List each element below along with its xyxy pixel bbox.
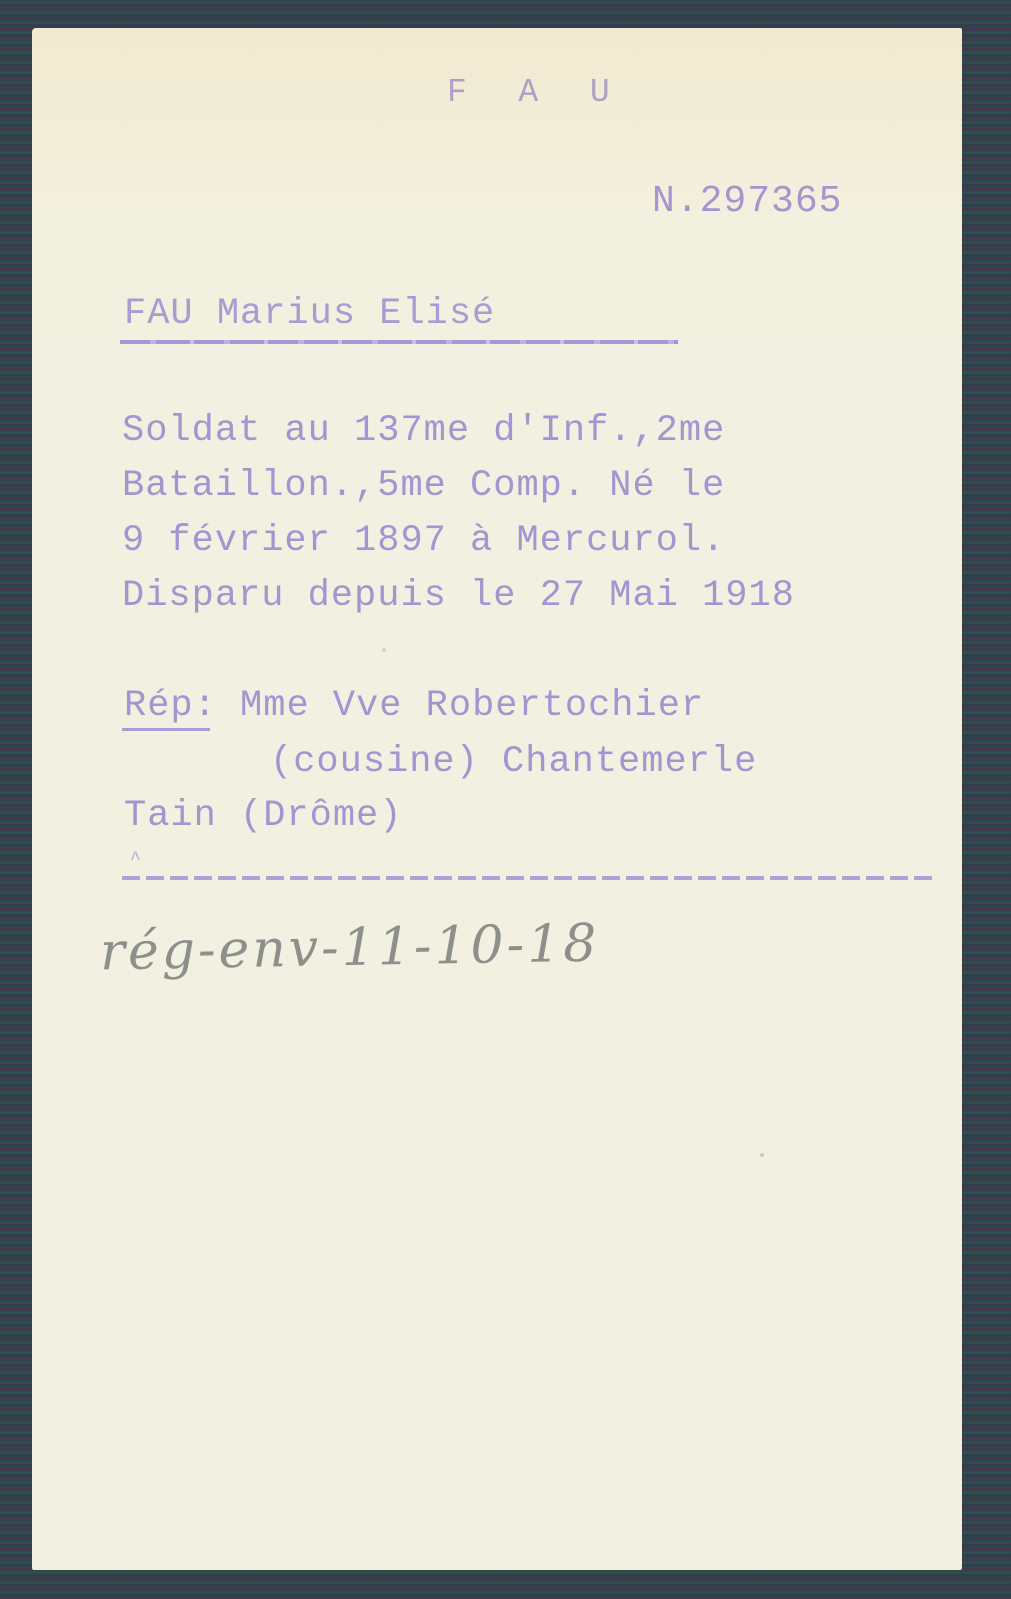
handwritten-note: rég-env-11-10-18 [100,914,600,983]
reply-line: (cousine) Chantemerle [270,744,757,781]
paper-speck [760,1153,764,1157]
detail-line: Soldat au 137me d'Inf.,2me [122,413,725,450]
caret-mark-icon: ^ [130,850,141,870]
card-heading: F A U [447,76,614,109]
reply-line: Rép: Mme Vve Robertochier [124,688,704,725]
detail-line: Bataillon.,5me Comp. Né le [122,468,725,505]
dashed-rule [122,876,937,880]
soldier-name: FAU Marius Elisé [124,296,495,333]
detail-line: 9 février 1897 à Mercurol. [122,523,725,560]
index-card: F A U N.297365 FAU Marius Elisé Soldat a… [32,28,962,1570]
reply-label-underline [122,728,210,731]
paper-speck [382,648,386,652]
reply-line: Tain (Drôme) [124,798,402,835]
reply-label: Rép: [124,685,217,727]
record-number: N.297365 [652,183,842,221]
detail-line: Disparu depuis le 27 Mai 1918 [122,578,795,615]
name-underline [120,340,678,344]
reply-recipient: Mme Vve Robertochier [240,685,704,727]
